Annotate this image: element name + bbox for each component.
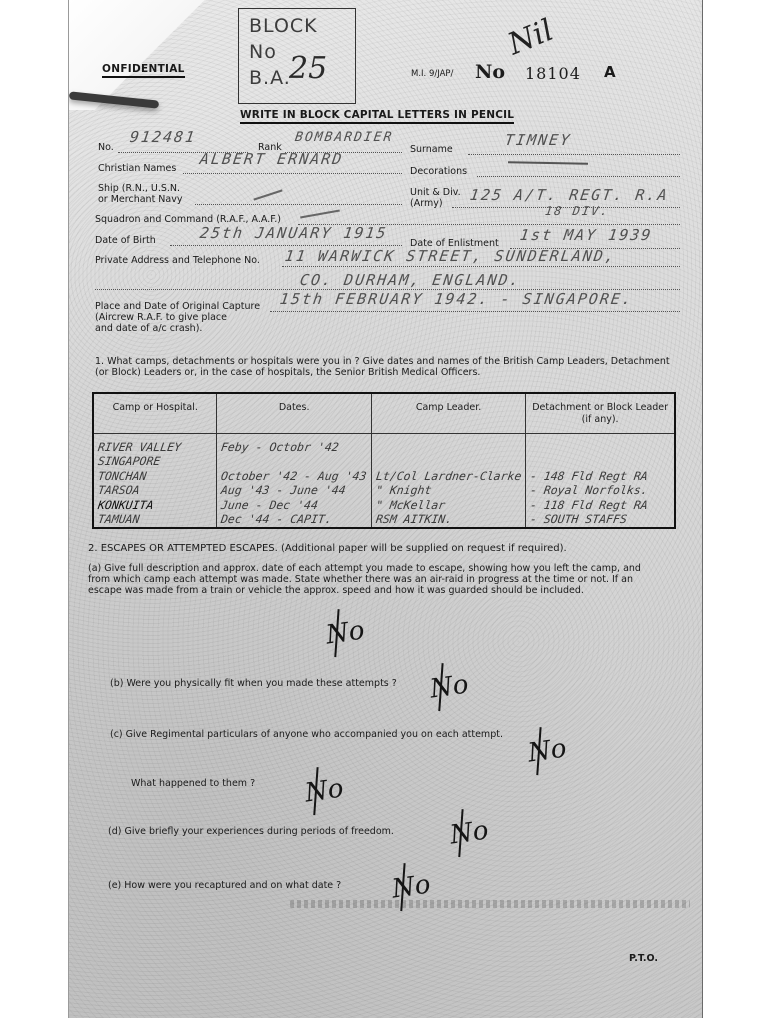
camps-table: Camp or Hospital. Dates. Camp Leader. De… [92,392,676,529]
answer-2a: No [324,615,366,650]
detachment-leader: - Royal Norfolks. [529,483,671,498]
unit-label-line1: Unit & Div. [410,187,461,198]
reference-suffix: A [604,63,616,81]
surname-label: Surname [410,144,453,155]
stamp-block-number: 25 [289,51,327,86]
address-label: Private Address and Telephone No. [95,255,260,266]
please-turn-over-label: P.T.O. [629,953,658,964]
capture-value: 15th FEBRUARY 1942. - SINGAPORE. [279,290,635,308]
ship-line [195,204,402,205]
camp-dates: June - Dec '44 [220,498,367,513]
service-number-label: No. [98,142,114,153]
answer-2c: No [526,733,568,768]
date-of-birth-line [170,245,402,246]
detachment-leader [529,440,671,455]
service-number-value: 912481 [129,128,198,146]
camps-table-row: RIVER VALLEY SINGAPORE TONCHAN TARSOA KO… [93,433,675,528]
reference-no-label: No [475,61,505,83]
camps-header-detachment: Detachment or Block Leader (if any). [526,393,675,433]
ship-label-line2: or Merchant Navy [98,194,182,205]
camps-column-camp: RIVER VALLEY SINGAPORE TONCHAN TARSOA KO… [93,433,217,528]
question-2a-line3: escape was made from a train or vehicle … [88,585,584,597]
camps-column-leader: Lt/Col Lardner-Clarke " Knight " McKella… [371,433,525,528]
question-2e: (e) How were you recaptured and on what … [108,880,341,892]
detachment-leader [529,454,671,469]
question-2a-line1: (a) Give full description and approx. da… [88,563,641,575]
camps-header-leader: Camp Leader. [371,393,525,433]
decorations-line [477,176,680,177]
camp-name: TONCHAN [97,469,213,484]
question-2c-followup: What happened to them ? [131,778,255,790]
detachment-leader: - SOUTH STAFFS [529,512,671,527]
question-1-line1: 1. What camps, detachments or hospitals … [95,356,670,368]
address-value-line2: CO. DURHAM, ENGLAND. [299,271,522,289]
question-2c: (c) Give Regimental particulars of anyon… [110,729,503,741]
stamp-block-label: BLOCK [249,13,345,39]
block-stamp: BLOCK No B.A. 25 [238,8,356,104]
answer-2b: No [428,669,470,704]
detachment-leader: - 118 Fld Regt RA [529,498,671,513]
capture-label-line2: (Aircrew R.A.F. to give place [95,312,227,323]
camp-leader: Lt/Col Lardner-Clarke [375,469,522,484]
reference-prefix: M.I. 9/JAP/ [411,69,453,79]
christian-names-value: ALBERT ERNARD [199,150,345,168]
confidential-label: ONFIDENTIAL [102,63,185,78]
unit-label-line2: (Army) [410,198,443,209]
camps-header-dates: Dates. [217,393,371,433]
question-2b: (b) Were you physically fit when you mad… [110,678,397,690]
camp-dates: Dec '44 - CAPIT. [220,512,367,527]
camp-name: TARSOA [97,483,213,498]
reverse-side-showthrough [290,900,690,908]
camp-leader: RSM AITKIN. [375,512,522,527]
surname-value: TIMNEY [504,131,573,149]
capture-line [270,311,680,312]
rank-value: BOMBARDIER [294,130,394,145]
christian-names-line [183,173,402,174]
reference-number: 18104 [525,64,581,83]
camp-leader: " McKellar [375,498,522,513]
address-line-1 [282,266,680,267]
question-2a-line2: from which camp each attempt was made. S… [88,574,633,586]
question-2d: (d) Give briefly your experiences during… [108,826,394,838]
camps-column-detachment: - 148 Fld Regt RA - Royal Norfolks. - 11… [526,433,675,528]
camps-column-dates: Feby - Octobr '42 October '42 - Aug '43 … [217,433,371,528]
camp-name: SINGAPORE [97,454,213,469]
camp-name: KONKUITA [97,498,213,513]
camp-leader [375,440,522,455]
camp-leader [375,454,522,469]
camp-leader: " Knight [375,483,522,498]
date-of-birth-value: 25th JANUARY 1915 [199,224,389,242]
camps-header-camp: Camp or Hospital. [93,393,217,433]
detachment-leader: - 148 Fld Regt RA [529,469,671,484]
unit-division-value: 18 DIV. [544,204,611,218]
date-of-birth-label: Date of Birth [95,235,156,246]
christian-names-label: Christian Names [98,163,176,174]
camp-dates [220,454,367,469]
ship-label-line1: Ship (R.N., U.S.N. [98,183,180,194]
address-value-line1: 11 WARWICK STREET, SUNDERLAND, [284,247,617,265]
camp-dates: Feby - Octobr '42 [220,440,367,455]
unit-value: 125 A/T. REGT. R.A [469,186,670,204]
camp-dates: Aug '43 - June '44 [220,483,367,498]
instruction-banner: WRITE IN BLOCK CAPITAL LETTERS IN PENCIL [240,109,514,124]
camp-name: TAMUAN [97,512,213,527]
camp-name: RIVER VALLEY [97,440,213,455]
question-2-heading: 2. ESCAPES OR ATTEMPTED ESCAPES. (Additi… [88,543,567,554]
answer-2d: No [448,815,490,850]
surname-line [468,154,680,155]
capture-label-line1: Place and Date of Original Capture [95,301,260,312]
date-of-enlistment-value: 1st MAY 1939 [519,226,654,244]
camp-dates: October '42 - Aug '43 [220,469,367,484]
answer-2c-followup: No [303,773,345,808]
question-1-line2: (or Block) Leaders or, in the case of ho… [95,367,480,379]
decorations-label: Decorations [410,166,467,177]
capture-label-line3: and date of a/c crash). [95,323,202,334]
